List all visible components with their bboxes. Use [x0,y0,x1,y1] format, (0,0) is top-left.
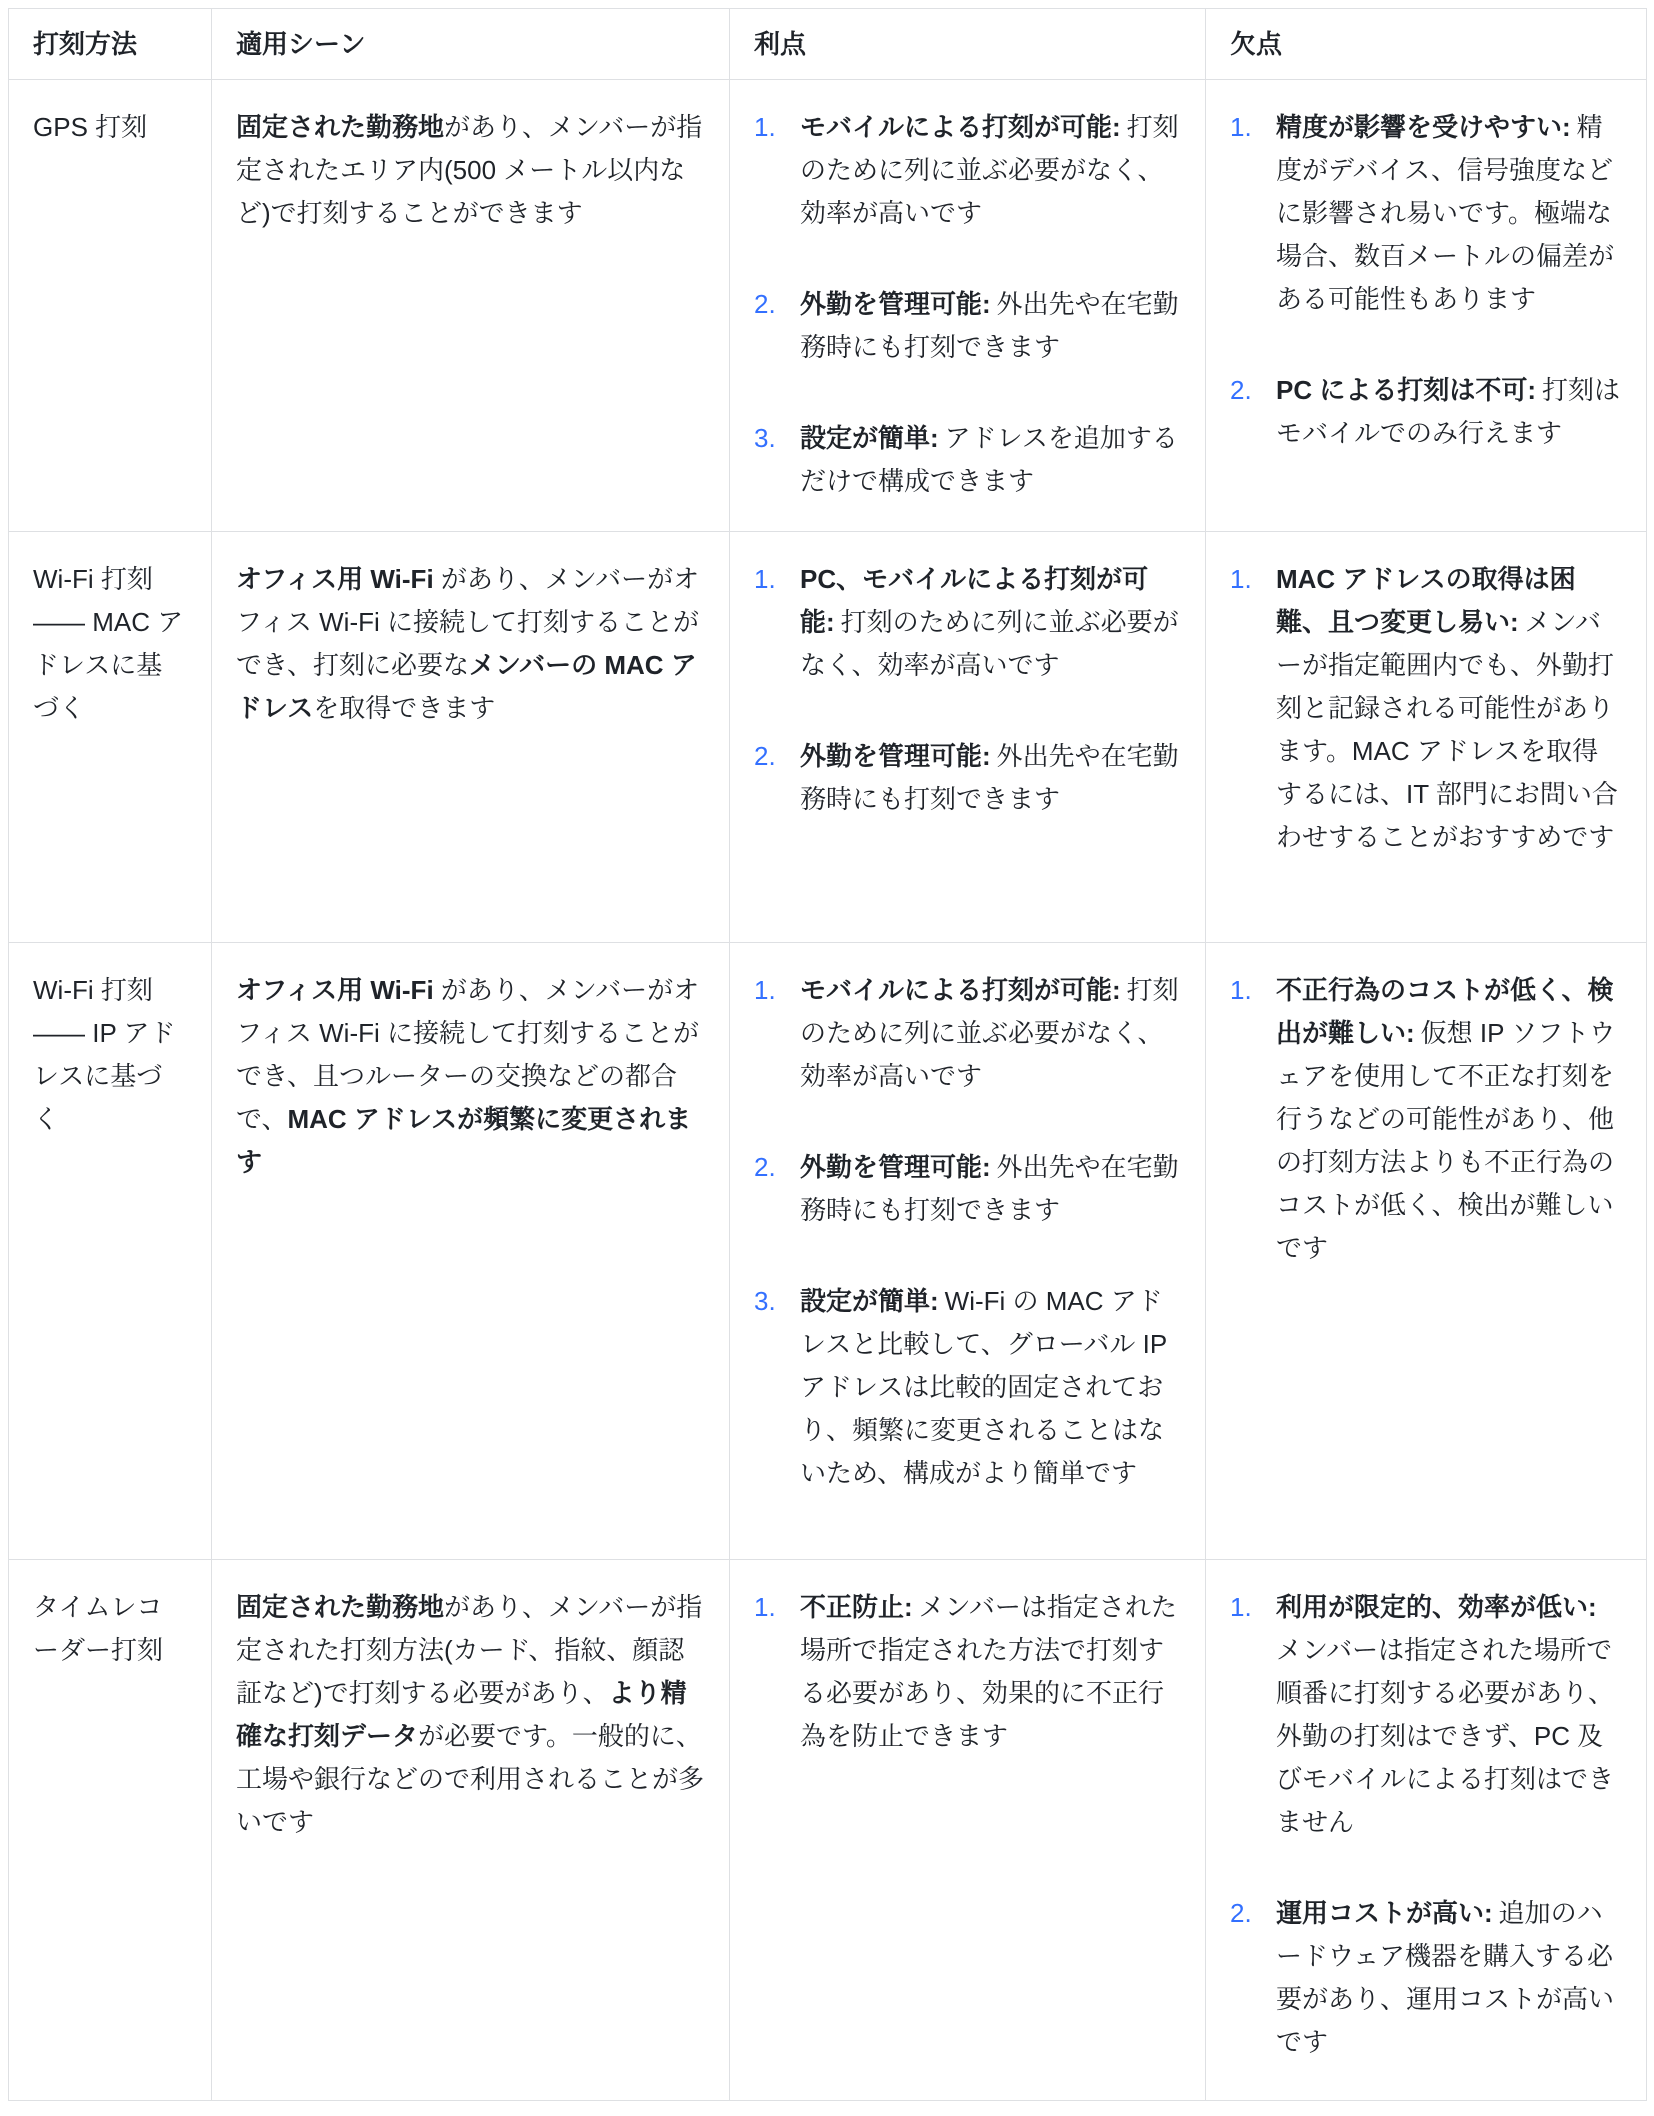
list-item-body: 設定が簡単:Wi-Fi の MAC アドレスと比較して、グローバル IP アドレ… [800,1280,1181,1495]
list-item-number: 1. [754,969,790,1012]
list-item-body: 外勤を管理可能:外出先や在宅勤務時にも打刻できます [800,735,1181,821]
list-item-number: 1. [754,106,790,149]
disadvantages-cell: 1.不正行為のコストが低く、検出が難しい:仮想 IP ソフトウェアを使用して不正… [1206,943,1647,1560]
disadvantages-cell: 1.利用が限定的、効率が低い:メンバーは指定された場所で順番に打刻する必要があり… [1206,1560,1647,2101]
list-item-label: 精度が影響を受けやすい: [1276,112,1571,142]
disadvantages-cell: 1.精度が影響を受けやすい:精度がデバイス、信号強度などに影響され易いです。極端… [1206,80,1647,532]
header-row: 打刻方法適用シーン利点欠点 [9,9,1647,80]
list-item-body: MAC アドレスの取得は困難、且つ変更し易い:メンバーが指定範囲内でも、外勤打刻… [1276,558,1622,859]
list-item-number: 1. [1230,558,1266,601]
column-header-advantages: 利点 [730,9,1206,80]
list-item-label: 設定が簡単: [800,423,939,453]
list-item-number: 1. [754,1586,790,1629]
table-row: GPS 打刻固定された勤務地があり、メンバーが指定されたエリア内(500 メート… [9,80,1647,532]
list-item-label: 利用が限定的、効率が低い: [1276,1592,1597,1622]
list-item-body: 設定が簡単:アドレスを追加するだけで構成できます [800,417,1181,503]
scene-text-segment: オフィス用 Wi-Fi [236,564,434,594]
list-item-body: モバイルによる打刻が可能:打刻のために列に並ぶ必要がなく、効率が高いです [800,969,1181,1098]
column-header-scene: 適用シーン [212,9,730,80]
list-item-label: 外勤を管理可能: [800,289,991,319]
list-item: 1.利用が限定的、効率が低い:メンバーは指定された場所で順番に打刻する必要があり… [1230,1586,1622,1844]
list-item: 1.MAC アドレスの取得は困難、且つ変更し易い:メンバーが指定範囲内でも、外勤… [1230,558,1622,859]
scene-text-segment: オフィス用 Wi-Fi [236,975,434,1005]
list-item-body: PC による打刻は不可:打刻はモバイルでのみ行えます [1276,369,1622,455]
list-item: 2.外勤を管理可能:外出先や在宅勤務時にも打刻できます [754,283,1181,369]
list-item: 1.PC、モバイルによる打刻が可能:打刻のために列に並ぶ必要がなく、効率が高いで… [754,558,1181,687]
list-item-number: 1. [1230,1586,1266,1629]
disadvantages-cell: 1.MAC アドレスの取得は困難、且つ変更し易い:メンバーが指定範囲内でも、外勤… [1206,532,1647,943]
list-item: 1.不正行為のコストが低く、検出が難しい:仮想 IP ソフトウェアを使用して不正… [1230,969,1622,1270]
list-item-number: 2. [1230,369,1266,412]
list-item-text: 打刻のために列に並ぶ必要がなく、効率が高いです [800,607,1179,680]
list-item-number: 3. [754,417,790,460]
list-item-number: 3. [754,1280,790,1323]
disadvantages-list: 1.利用が限定的、効率が低い:メンバーは指定された場所で順番に打刻する必要があり… [1230,1586,1622,2064]
list-item-label: モバイルによる打刻が可能: [800,975,1121,1005]
method-cell: タイムレコーダー打刻 [9,1560,212,2101]
list-item-text: 仮想 IP ソフトウェアを使用して不正な打刻を行うなどの可能性があり、他の打刻方… [1276,1018,1615,1263]
scene-text-segment: 固定された勤務地 [236,112,444,142]
scene-cell: オフィス用 Wi-Fi があり、メンバーがオフィス Wi-Fi に接続して打刻す… [212,532,730,943]
method-label: タイムレコーダー打刻 [33,1592,163,1665]
table-row: Wi-Fi 打刻 —— MAC アドレスに基づくオフィス用 Wi-Fi があり、… [9,532,1647,943]
advantages-cell: 1.モバイルによる打刻が可能:打刻のために列に並ぶ必要がなく、効率が高いです2.… [730,80,1206,532]
list-item: 1.不正防止:メンバーは指定された場所で指定された方法で打刻する必要があり、効果… [754,1586,1181,1758]
list-item: 1.モバイルによる打刻が可能:打刻のために列に並ぶ必要がなく、効率が高いです [754,106,1181,235]
method-cell: Wi-Fi 打刻 —— MAC アドレスに基づく [9,532,212,943]
list-item-body: 外勤を管理可能:外出先や在宅勤務時にも打刻できます [800,283,1181,369]
list-item-body: 利用が限定的、効率が低い:メンバーは指定された場所で順番に打刻する必要があり、外… [1276,1586,1622,1844]
table-body: GPS 打刻固定された勤務地があり、メンバーが指定されたエリア内(500 メート… [9,80,1647,2101]
scene-text-segment: MAC アドレスが頻繁に変更されます [236,1104,691,1177]
list-item: 3.設定が簡単:Wi-Fi の MAC アドレスと比較して、グローバル IP ア… [754,1280,1181,1495]
advantages-list: 1.PC、モバイルによる打刻が可能:打刻のために列に並ぶ必要がなく、効率が高いで… [754,558,1181,821]
advantages-list: 1.モバイルによる打刻が可能:打刻のために列に並ぶ必要がなく、効率が高いです2.… [754,106,1181,503]
list-item-text: 精度がデバイス、信号強度などに影響され易いです。極端な場合、数百メートルの偏差が… [1276,112,1614,314]
list-item-label: 設定が簡単: [800,1286,939,1316]
column-header-method: 打刻方法 [9,9,212,80]
list-item-body: 不正防止:メンバーは指定された場所で指定された方法で打刻する必要があり、効果的に… [800,1586,1181,1758]
list-item: 2.外勤を管理可能:外出先や在宅勤務時にも打刻できます [754,735,1181,821]
list-item-number: 1. [1230,106,1266,149]
list-item: 2.運用コストが高い:追加のハードウェア機器を購入する必要があり、運用コストが高… [1230,1892,1622,2064]
disadvantages-list: 1.精度が影響を受けやすい:精度がデバイス、信号強度などに影響され易いです。極端… [1230,106,1622,455]
scene-text-segment: を取得できます [313,693,495,723]
advantages-cell: 1.モバイルによる打刻が可能:打刻のために列に並ぶ必要がなく、効率が高いです2.… [730,943,1206,1560]
list-item-number: 1. [754,558,790,601]
method-label: GPS 打刻 [33,112,147,142]
list-item-body: モバイルによる打刻が可能:打刻のために列に並ぶ必要がなく、効率が高いです [800,106,1181,235]
table-row: タイムレコーダー打刻固定された勤務地があり、メンバーが指定された打刻方法(カード… [9,1560,1647,2101]
list-item-label: 外勤を管理可能: [800,1152,991,1182]
scene-cell: オフィス用 Wi-Fi があり、メンバーがオフィス Wi-Fi に接続して打刻す… [212,943,730,1560]
list-item-label: 運用コストが高い: [1276,1898,1493,1928]
list-item-text: メンバーは指定された場所で順番に打刻する必要があり、外勤の打刻はできず、PC 及… [1276,1635,1614,1837]
list-item-body: 精度が影響を受けやすい:精度がデバイス、信号強度などに影響され易いです。極端な場… [1276,106,1622,321]
list-item: 1.精度が影響を受けやすい:精度がデバイス、信号強度などに影響され易いです。極端… [1230,106,1622,321]
disadvantages-list: 1.不正行為のコストが低く、検出が難しい:仮想 IP ソフトウェアを使用して不正… [1230,969,1622,1270]
list-item-number: 2. [754,735,790,778]
list-item-body: 運用コストが高い:追加のハードウェア機器を購入する必要があり、運用コストが高いで… [1276,1892,1622,2064]
method-cell: GPS 打刻 [9,80,212,532]
list-item-number: 2. [754,283,790,326]
column-header-disadvantages: 欠点 [1206,9,1647,80]
method-cell: Wi-Fi 打刻 —— IP アドレスに基づく [9,943,212,1560]
disadvantages-list: 1.MAC アドレスの取得は困難、且つ変更し易い:メンバーが指定範囲内でも、外勤… [1230,558,1622,859]
list-item-text: メンバーが指定範囲内でも、外勤打刻と記録される可能性があります。MAC アドレス… [1276,607,1618,852]
advantages-cell: 1.PC、モバイルによる打刻が可能:打刻のために列に並ぶ必要がなく、効率が高いで… [730,532,1206,943]
advantages-cell: 1.不正防止:メンバーは指定された場所で指定された方法で打刻する必要があり、効果… [730,1560,1206,2101]
list-item-text: Wi-Fi の MAC アドレスと比較して、グローバル IP アドレスは比較的固… [800,1286,1167,1488]
advantages-list: 1.モバイルによる打刻が可能:打刻のために列に並ぶ必要がなく、効率が高いです2.… [754,969,1181,1495]
table-row: Wi-Fi 打刻 —— IP アドレスに基づくオフィス用 Wi-Fi があり、メ… [9,943,1647,1560]
list-item-label: モバイルによる打刻が可能: [800,112,1121,142]
scene-cell: 固定された勤務地があり、メンバーが指定されたエリア内(500 メートル以内など)… [212,80,730,532]
scene-cell: 固定された勤務地があり、メンバーが指定された打刻方法(カード、指紋、顔認証など)… [212,1560,730,2101]
list-item-body: PC、モバイルによる打刻が可能:打刻のために列に並ぶ必要がなく、効率が高いです [800,558,1181,687]
list-item-number: 1. [1230,969,1266,1012]
advantages-list: 1.不正防止:メンバーは指定された場所で指定された方法で打刻する必要があり、効果… [754,1586,1181,1758]
method-label: Wi-Fi 打刻 —— MAC アドレスに基づく [33,564,183,723]
list-item-label: 外勤を管理可能: [800,741,991,771]
list-item: 2.PC による打刻は不可:打刻はモバイルでのみ行えます [1230,369,1622,455]
list-item-number: 2. [1230,1892,1266,1935]
method-label: Wi-Fi 打刻 —— IP アドレスに基づく [33,975,176,1134]
scene-text-segment: 固定された勤務地 [236,1592,444,1622]
list-item-label: 不正防止: [800,1592,913,1622]
list-item-number: 2. [754,1146,790,1189]
document-page: 打刻方法適用シーン利点欠点 GPS 打刻固定された勤務地があり、メンバーが指定さ… [0,0,1654,2109]
list-item-label: PC による打刻は不可: [1276,375,1536,405]
list-item-body: 外勤を管理可能:外出先や在宅勤務時にも打刻できます [800,1146,1181,1232]
list-item: 3.設定が簡単:アドレスを追加するだけで構成できます [754,417,1181,503]
list-item: 2.外勤を管理可能:外出先や在宅勤務時にも打刻できます [754,1146,1181,1232]
method-comparison-table: 打刻方法適用シーン利点欠点 GPS 打刻固定された勤務地があり、メンバーが指定さ… [8,8,1647,2101]
list-item-body: 不正行為のコストが低く、検出が難しい:仮想 IP ソフトウェアを使用して不正な打… [1276,969,1622,1270]
list-item: 1.モバイルによる打刻が可能:打刻のために列に並ぶ必要がなく、効率が高いです [754,969,1181,1098]
